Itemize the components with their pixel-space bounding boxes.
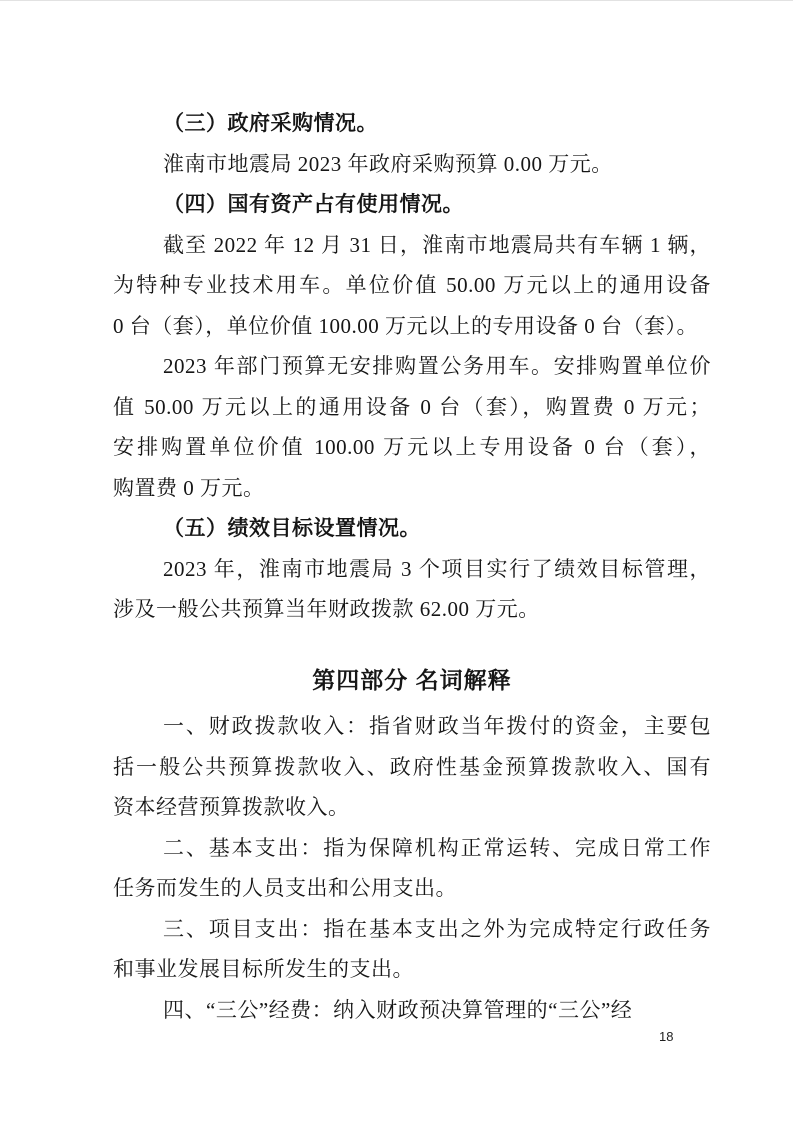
text-line: 任务而发生的人员支出和公用支出。 [113, 868, 711, 909]
text-line: 为特种专业技术用车。单位价值 50.00 万元以上的通用设备 [113, 265, 711, 306]
document-page: （三）政府采购情况。淮南市地震局 2023 年政府采购预算 0.00 万元。（四… [0, 0, 793, 1123]
text-line: （五）绩效目标设置情况。 [113, 508, 711, 549]
text-line: 三、项目支出：指在基本支出之外为完成特定行政任务 [113, 909, 711, 950]
text-line: 涉及一般公共预算当年财政拨款 62.00 万元。 [113, 589, 711, 630]
paragraph-assets-purchase-plan: 2023 年部门预算无安排购置公务用车。安排购置单位价值 50.00 万元以上的… [113, 346, 711, 508]
text-line: 一、财政拨款收入：指省财政当年拨付的资金，主要包 [113, 706, 711, 747]
text-line: （三）政府采购情况。 [113, 103, 711, 144]
paragraph-assets-status: 截至 2022 年 12 月 31 日，淮南市地震局共有车辆 1 辆，为特种专业… [113, 225, 711, 347]
section-heading-5-performance-targets: （五）绩效目标设置情况。 [113, 508, 711, 549]
paragraph-performance-management: 2023 年，淮南市地震局 3 个项目实行了绩效目标管理，涉及一般公共预算当年财… [113, 549, 711, 630]
section-heading-4-state-assets: （四）国有资产占有使用情况。 [113, 184, 711, 225]
paragraph-term-1-fiscal-appropriation-income: 一、财政拨款收入：指省财政当年拨付的资金，主要包括一般公共预算拨款收入、政府性基… [113, 706, 711, 828]
text-line: 和事业发展目标所发生的支出。 [113, 949, 711, 990]
text-line: （四）国有资产占有使用情况。 [113, 184, 711, 225]
text-line: 资本经营预算拨款收入。 [113, 787, 711, 828]
paragraph-term-2-basic-expenditure: 二、基本支出：指为保障机构正常运转、完成日常工作任务而发生的人员支出和公用支出。 [113, 828, 711, 909]
text-line: 购置费 0 万元。 [113, 468, 711, 509]
paragraph-term-4-three-public-funds: 四、“三公”经费：纳入财政预决算管理的“三公”经 [113, 990, 711, 1031]
text-line: 2023 年，淮南市地震局 3 个项目实行了绩效目标管理， [113, 549, 711, 590]
part4-title-glossary: 第四部分 名词解释 [113, 660, 711, 701]
text-line: 淮南市地震局 2023 年政府采购预算 0.00 万元。 [113, 144, 711, 185]
text-line: 值 50.00 万元以上的通用设备 0 台（套），购置费 0 万元； [113, 387, 711, 428]
text-line: 截至 2022 年 12 月 31 日，淮南市地震局共有车辆 1 辆， [113, 225, 711, 266]
text-line: 2023 年部门预算无安排购置公务用车。安排购置单位价 [113, 346, 711, 387]
document-body: （三）政府采购情况。淮南市地震局 2023 年政府采购预算 0.00 万元。（四… [113, 103, 711, 1030]
section-heading-3-government-procurement: （三）政府采购情况。 [113, 103, 711, 144]
text-line: 二、基本支出：指为保障机构正常运转、完成日常工作 [113, 828, 711, 869]
paragraph-procurement-budget: 淮南市地震局 2023 年政府采购预算 0.00 万元。 [113, 144, 711, 185]
text-line: 四、“三公”经费：纳入财政预决算管理的“三公”经 [113, 990, 711, 1031]
text-line: 安排购置单位价值 100.00 万元以上专用设备 0 台（套）， [113, 427, 711, 468]
page-number: 18 [659, 1029, 673, 1044]
paragraph-term-3-project-expenditure: 三、项目支出：指在基本支出之外为完成特定行政任务和事业发展目标所发生的支出。 [113, 909, 711, 990]
text-line: 括一般公共预算拨款收入、政府性基金预算拨款收入、国有 [113, 747, 711, 788]
text-line: 第四部分 名词解释 [113, 660, 711, 701]
text-line: 0 台（套），单位价值 100.00 万元以上的专用设备 0 台（套）。 [113, 306, 711, 347]
